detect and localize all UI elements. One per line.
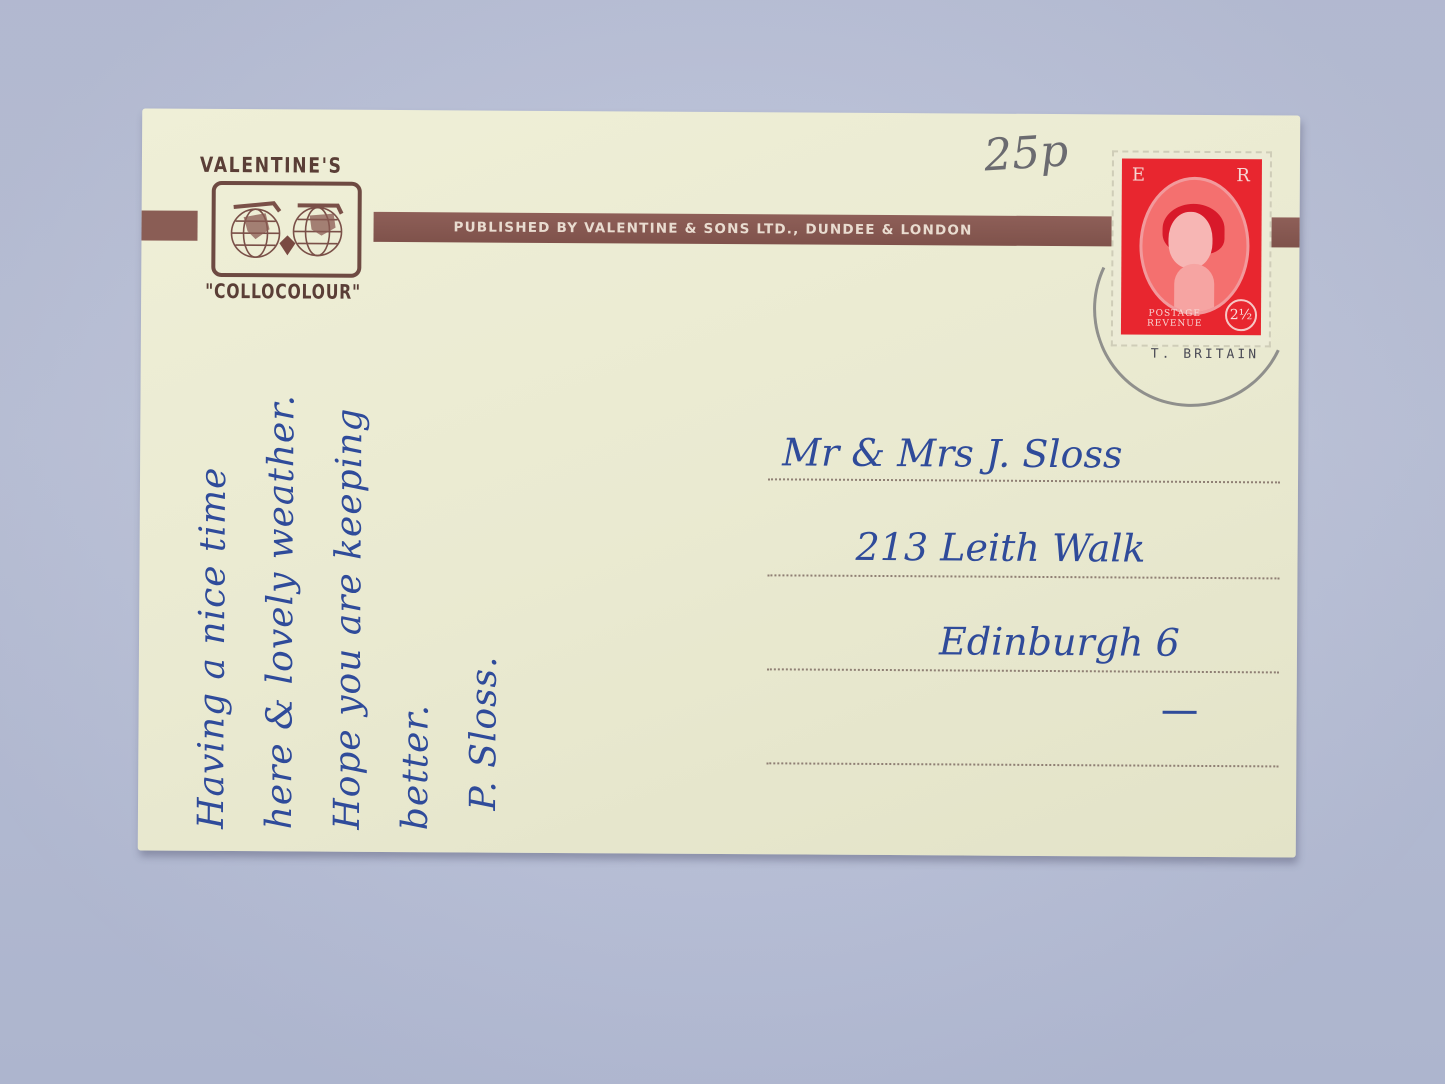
postmark-text: T. BRITAIN [1151, 347, 1259, 363]
stamp-inscription: POSTAGE REVENUE [1147, 309, 1203, 329]
signature: P. Sloss. [450, 330, 521, 810]
queen-portrait-icon [1139, 177, 1250, 316]
address-rule [766, 762, 1278, 767]
address-rule [768, 478, 1280, 483]
message-line: Hope you are keeping [314, 330, 385, 830]
postcard: VALENTINE'S [138, 108, 1301, 857]
logo-top-text: VALENTINE'S [200, 153, 338, 178]
stamp-letter-e: E [1132, 165, 1145, 186]
message-line: here & lovely weather. [246, 329, 317, 829]
address-block: Mr & Mrs J. Sloss 213 Leith Walk Edinbur… [768, 472, 1280, 475]
twin-globes-icon [225, 199, 349, 264]
price-note: 25p [982, 125, 1069, 181]
message-line: Having a nice time [178, 329, 249, 829]
publisher-logo: VALENTINE'S [197, 153, 368, 304]
publisher-band-text: PUBLISHED BY VALENTINE & SONS LTD., DUND… [454, 219, 973, 238]
publisher-band-left [141, 210, 197, 240]
address-line-street: 213 Leith Walk [855, 525, 1145, 571]
logo-bottom-text: "COLLOCOLOUR" [205, 279, 332, 304]
stamp-value: 2½ [1225, 299, 1257, 331]
message-line: better. [382, 330, 453, 830]
stamp-letter-r: R [1236, 165, 1250, 186]
address-line-name: Mr & Mrs J. Sloss [782, 430, 1122, 476]
postage-stamp: E R POSTAGE REVENUE 2½ T. BRITAIN [1111, 150, 1284, 361]
address-underline [1163, 711, 1197, 714]
address-rule [767, 668, 1279, 673]
stamp-face: E R POSTAGE REVENUE 2½ [1121, 158, 1262, 335]
logo-frame [211, 181, 362, 278]
handwritten-message: Having a nice time here & lovely weather… [178, 329, 521, 831]
address-line-city: Edinburgh 6 [939, 619, 1180, 664]
address-rule [767, 574, 1279, 579]
